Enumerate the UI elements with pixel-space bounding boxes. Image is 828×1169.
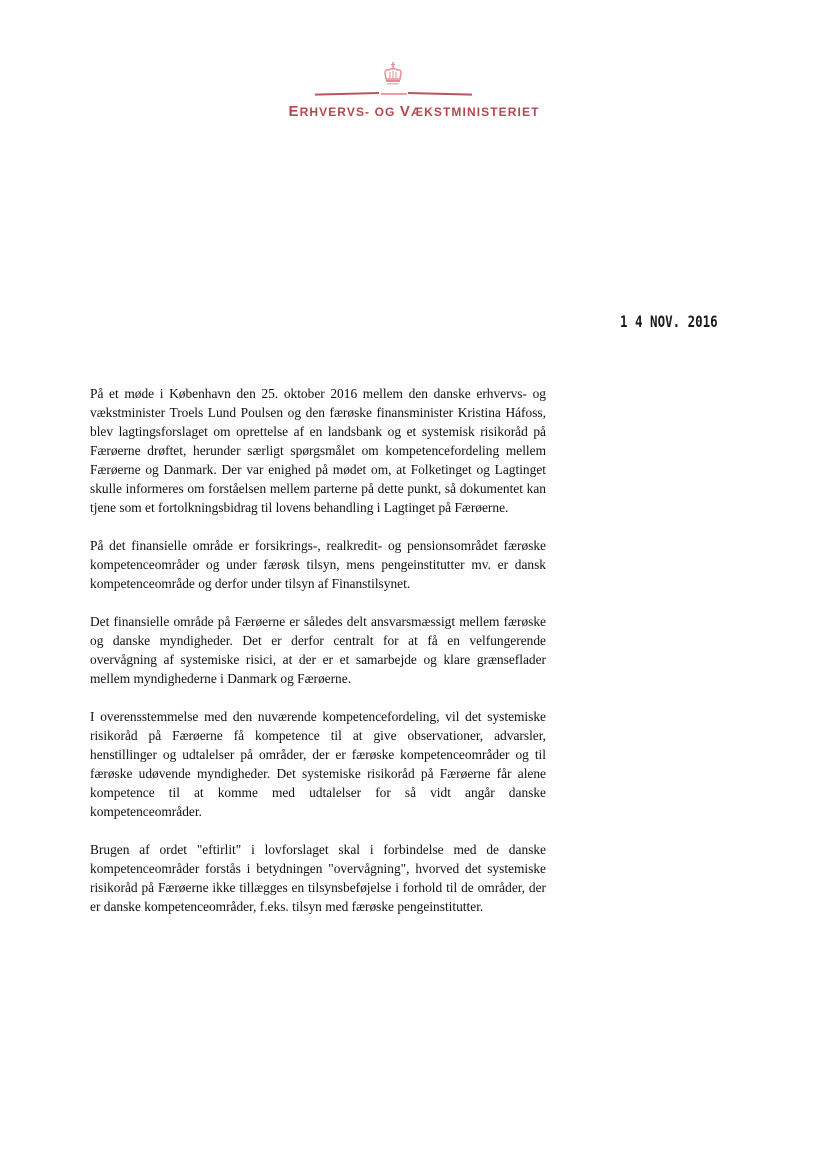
ministry-name-part-1: RHVERVS- OG — [300, 105, 400, 119]
paragraph-4: I overensstemmelse med den nuværende kom… — [90, 707, 546, 821]
crown-icon — [382, 62, 404, 88]
letter-body: På et møde i København den 25. oktober 2… — [90, 384, 546, 935]
paragraph-1: På et møde i København den 25. oktober 2… — [90, 384, 546, 517]
ministry-name-initial-1: E — [288, 103, 299, 120]
letterhead-rule-mid — [381, 93, 407, 95]
ministry-name: ERHVERVS- OG VÆKSTMINISTERIET — [0, 103, 828, 120]
letterhead-rule-right — [408, 92, 472, 96]
paragraph-3: Det finansielle område på Færøerne er så… — [90, 612, 546, 688]
ministry-name-part-2: ÆKSTMINISTERIET — [411, 105, 540, 119]
letterhead-rule-left — [315, 92, 379, 96]
letter-page: ERHVERVS- OG VÆKSTMINISTERIET 1 4 NOV. 2… — [0, 0, 828, 1169]
date-stamp: 1 4 NOV. 2016 — [620, 312, 718, 331]
paragraph-2: På det finansielle område er forsikrings… — [90, 536, 546, 593]
paragraph-5: Brugen af ordet "eftirlit" i lovforslage… — [90, 840, 546, 916]
ministry-name-initial-2: V — [400, 103, 411, 120]
